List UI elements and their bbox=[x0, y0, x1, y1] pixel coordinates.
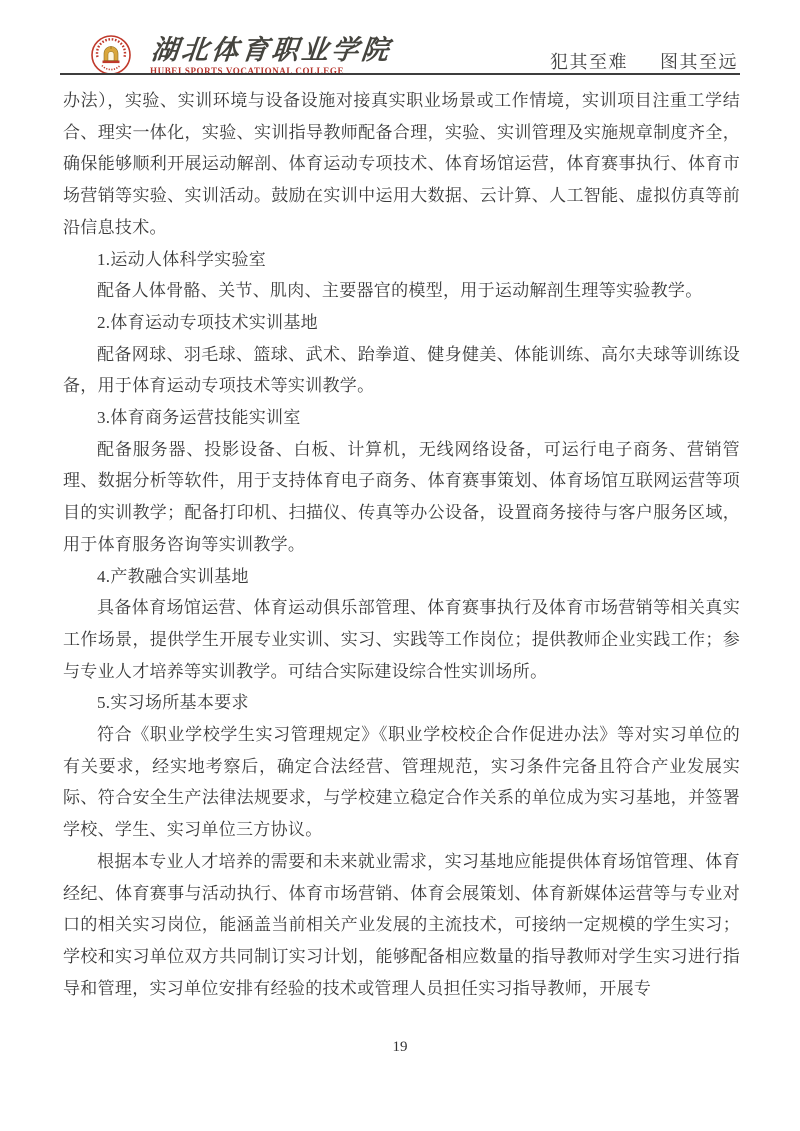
document-body: 办法），实验、实训环境与设备设施对接真实职业场景或工作情境，实训项目注重工学结合… bbox=[63, 85, 740, 1004]
paragraph: 根据本专业人才培养的需要和未来就业需求，实习基地应能提供体育场馆管理、体育经纪、… bbox=[63, 846, 740, 1005]
paragraph: 配备网球、羽毛球、篮球、武术、跆拳道、健身健美、体能训练、高尔夫球等训练设备，用… bbox=[63, 339, 740, 402]
paragraph: 办法），实验、实训环境与设备设施对接真实职业场景或工作情境，实训项目注重工学结合… bbox=[63, 85, 740, 244]
paragraph: 2.体育运动专项技术实训基地 bbox=[63, 307, 740, 339]
paragraph: 配备人体骨骼、关节、肌肉、主要器官的模型，用于运动解剖生理等实验教学。 bbox=[63, 275, 740, 307]
paragraph: 3.体育商务运营技能实训室 bbox=[63, 402, 740, 434]
school-motto: 犯其至难 图其至远 bbox=[550, 48, 738, 74]
paragraph: 4.产教融合实训基地 bbox=[63, 561, 740, 593]
document-page: 湖北体育职业学院 HUBEI SPORTS VOCATIONAL COLLEGE… bbox=[0, 0, 800, 1131]
motto-part-2: 图其至远 bbox=[660, 52, 738, 72]
page-header: 湖北体育职业学院 HUBEI SPORTS VOCATIONAL COLLEGE… bbox=[0, 0, 800, 80]
paragraph: 具备体育场馆运营、体育运动俱乐部管理、体育赛事执行及体育市场营销等相关真实工作场… bbox=[63, 592, 740, 687]
school-name-calligraphy: 湖北体育职业学院 bbox=[150, 36, 393, 64]
paragraph: 1.运动人体科学实验室 bbox=[63, 244, 740, 276]
school-title-block: 湖北体育职业学院 HUBEI SPORTS VOCATIONAL COLLEGE bbox=[150, 36, 390, 76]
paragraph: 5.实习场所基本要求 bbox=[63, 687, 740, 719]
paragraph: 配备服务器、投影设备、白板、计算机，无线网络设备，可运行电子商务、营销管理、数据… bbox=[63, 434, 740, 561]
page-number: 19 bbox=[393, 1039, 408, 1055]
paragraph: 符合《职业学校学生实习管理规定》《职业学校校企合作促进办法》等对实习单位的有关要… bbox=[63, 719, 740, 846]
page-footer: 19 bbox=[0, 1039, 800, 1056]
header-divider bbox=[60, 73, 740, 75]
motto-part-1: 犯其至难 bbox=[550, 52, 628, 72]
school-logo-icon bbox=[91, 35, 131, 75]
